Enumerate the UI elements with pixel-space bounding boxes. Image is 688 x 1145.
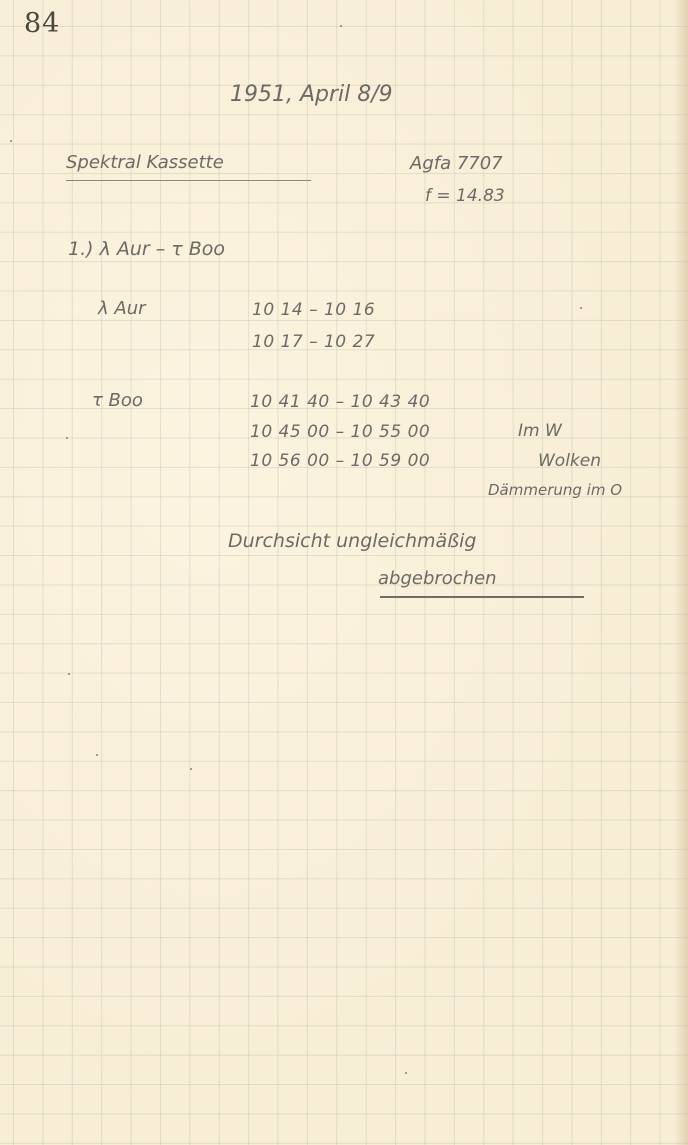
instrument-underline: [66, 180, 311, 181]
plate-type: Agfa 7707: [410, 153, 503, 174]
exposure-time: 10 56 00 – 10 59 00: [250, 451, 430, 471]
star-label-lambda-aur: λ Aur: [98, 298, 146, 319]
conclusion-underline: [380, 596, 584, 598]
page-edge-shadow: [674, 0, 688, 1145]
paper-speck: [340, 25, 342, 27]
weather-note: Im W: [518, 421, 562, 441]
paper-speck: [96, 754, 98, 756]
star-label-tau-boo: τ Boo: [92, 390, 143, 411]
paper-speck: [68, 673, 70, 675]
exposure-time: 10 14 – 10 16: [252, 300, 375, 320]
focus-value: f = 14.83: [425, 186, 505, 206]
exposure-time: 10 41 40 – 10 43 40: [250, 392, 430, 412]
entry-date: 1951, April 8/9: [230, 82, 393, 107]
paper-speck: [190, 768, 192, 770]
instrument-label: Spektral Kassette: [66, 152, 224, 173]
weather-note: Wolken: [538, 451, 601, 471]
conclusion-line-1: Durchsicht ungleichmäßig: [228, 530, 476, 552]
exposure-time: 10 17 – 10 27: [252, 332, 375, 352]
observation-heading: 1.) λ Aur – τ Boo: [68, 238, 225, 260]
paper-speck: [66, 437, 68, 439]
paper-speck: [10, 140, 12, 142]
paper-speck: [405, 1072, 407, 1074]
page-number: 84: [24, 8, 60, 39]
conclusion-line-2: abgebrochen: [378, 568, 497, 589]
weather-note: Dämmerung im O: [488, 481, 622, 499]
exposure-time: 10 45 00 – 10 55 00: [250, 422, 430, 442]
notebook-page: 84 1951, April 8/9 Spektral Kassette Agf…: [0, 0, 688, 1145]
paper-speck: [580, 307, 582, 309]
